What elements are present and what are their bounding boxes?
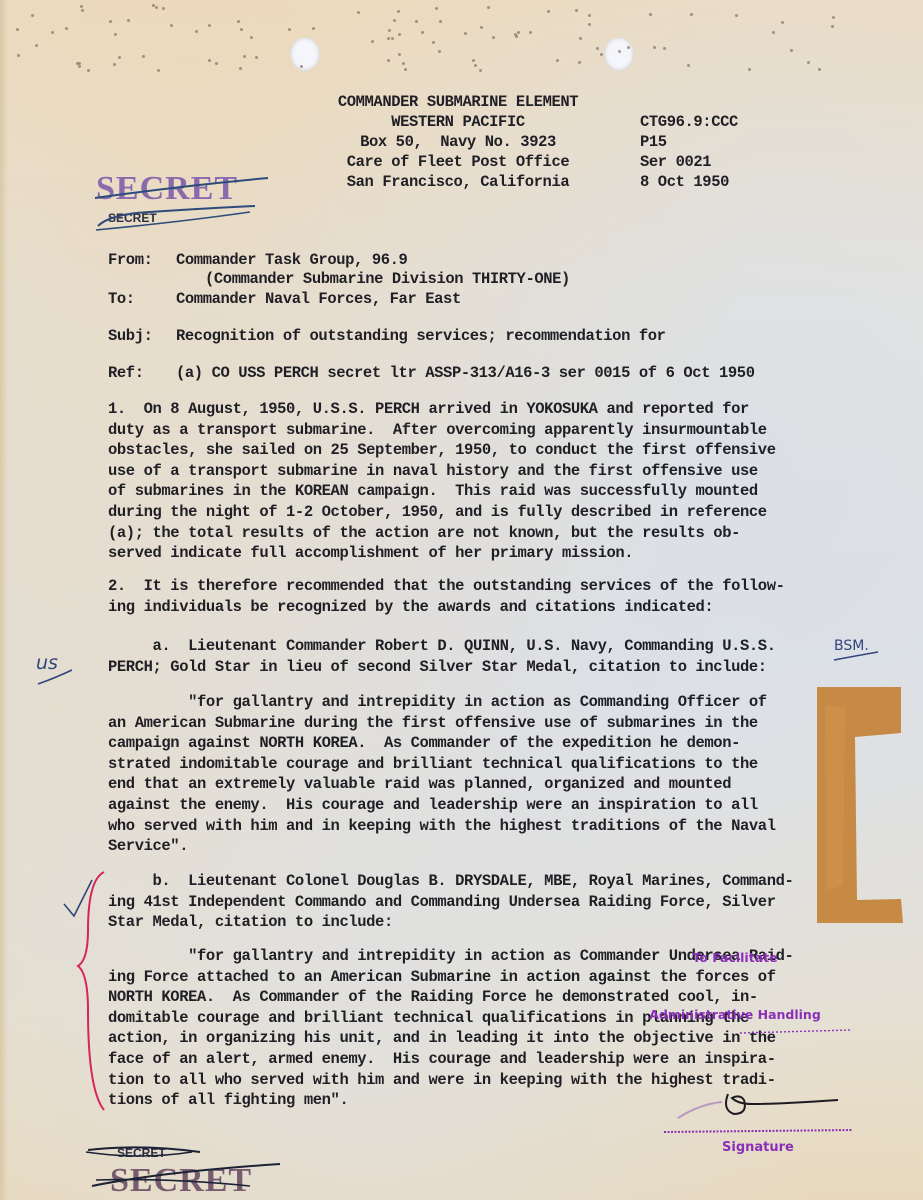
pinhole-dot: [391, 37, 394, 40]
pinhole-dot: [109, 20, 112, 23]
pinhole-dot: [687, 64, 690, 67]
pinhole-dot: [208, 24, 211, 27]
pinhole-dot: [142, 55, 145, 58]
recommendation-a: a. Lieutenant Commander Robert D. QUINN,…: [108, 636, 776, 677]
pinhole-dot: [588, 14, 591, 17]
pinhole-dot: [690, 13, 693, 16]
pinhole-dot: [288, 28, 291, 31]
letterhead-line: Box 50, Navy No. 3923: [318, 132, 598, 152]
pinhole-dot: [464, 32, 467, 35]
text-line: 2. It is therefore recommended that the …: [108, 576, 785, 597]
pinhole-dot: [312, 27, 315, 30]
admin-stamp-line: To Facilitate: [640, 948, 830, 967]
classification-stamp-bottom-small: SECRET: [117, 1146, 166, 1160]
letterhead-line: WESTERN PACIFIC: [318, 112, 598, 132]
pinhole-dot: [596, 47, 599, 50]
pinhole-dot: [357, 11, 360, 14]
text-line: 1. On 8 August, 1950, U.S.S. PERCH arriv…: [108, 399, 776, 420]
pinhole-dot: [87, 69, 90, 72]
tape-stain: [815, 685, 905, 925]
text-line: who served with him and in keeping with …: [108, 816, 776, 837]
pinhole-dot: [65, 27, 68, 30]
pinhole-dot: [215, 62, 218, 65]
pinhole-dot: [78, 65, 81, 68]
text-line: obstacles, she sailed on 25 September, 1…: [108, 440, 776, 461]
pinhole-dot: [435, 7, 438, 10]
from-value-secondary: (Commander Submarine Division THIRTY-ONE…: [205, 269, 570, 289]
file-ref: 8 Oct 1950: [640, 172, 738, 192]
punch-hole-left: [290, 37, 320, 71]
text-line: served indicate full accomplishment of h…: [108, 543, 776, 564]
pinhole-dot: [748, 68, 751, 71]
pinhole-dot: [438, 50, 441, 53]
text-line: Service".: [108, 836, 776, 857]
pinhole-dot: [127, 19, 130, 22]
text-line: tions of all fighting men".: [108, 1090, 793, 1111]
admin-stamp-line: Administrative Handling: [640, 1005, 830, 1024]
admin-stamp: To Facilitate Administrative Handling: [640, 910, 830, 1062]
pinhole-dot: [388, 29, 391, 32]
pinhole-dot: [371, 40, 374, 43]
pinhole-dot: [162, 7, 165, 10]
to-value: Commander Naval Forces, Far East: [176, 289, 461, 309]
pinhole-dot: [415, 20, 418, 23]
pinhole-dot: [649, 13, 652, 16]
punch-hole-right: [604, 37, 634, 71]
text-line: ing individuals be recognized by the awa…: [108, 597, 785, 618]
text-line: use of a transport submarine in naval hi…: [108, 461, 776, 482]
pinhole-dot: [118, 56, 121, 59]
citation-a: "for gallantry and intrepidity in action…: [108, 692, 776, 857]
pinhole-dot: [547, 10, 550, 13]
pinhole-dot: [529, 31, 532, 34]
pinhole-dot: [735, 14, 738, 17]
pinhole-dot: [421, 31, 424, 34]
subject-label: Subj:: [108, 326, 153, 346]
paragraph-1: 1. On 8 August, 1950, U.S.S. PERCH arriv…: [108, 399, 776, 564]
margin-note-left: us: [36, 652, 58, 674]
pinhole-dot: [832, 16, 835, 19]
reference-value: (a) CO USS PERCH secret ltr ASSP-313/A16…: [176, 363, 755, 383]
pinhole-dot: [807, 61, 810, 64]
pinhole-dot: [237, 20, 240, 23]
letterhead-line: COMMANDER SUBMARINE ELEMENT: [318, 92, 598, 112]
pinhole-dot: [255, 56, 258, 59]
pinhole-dot: [781, 21, 784, 24]
pinhole-dot: [439, 20, 442, 23]
from-value: Commander Task Group, 96.9: [176, 250, 407, 270]
pinhole-dot: [517, 31, 520, 34]
pinhole-dot: [387, 37, 390, 40]
pinhole-dot: [239, 67, 242, 70]
text-line: b. Lieutenant Colonel Douglas B. DRYSDAL…: [108, 871, 793, 892]
pinhole-dot: [398, 33, 401, 36]
text-line: duty as a transport submarine. After ove…: [108, 420, 776, 441]
text-line: PERCH; Gold Star in lieu of second Silve…: [108, 657, 776, 678]
pinhole-dot: [831, 25, 834, 28]
pinhole-dot: [16, 28, 19, 31]
check-icon: [64, 880, 92, 916]
pinhole-dot: [432, 41, 435, 44]
pinhole-dot: [579, 37, 582, 40]
letterhead-line: Care of Fleet Post Office: [318, 152, 598, 172]
pinhole-dot: [472, 59, 475, 62]
pinhole-dot: [578, 61, 581, 64]
pinhole-dot: [790, 49, 793, 52]
pinhole-dot: [155, 6, 158, 9]
red-brace: [78, 872, 104, 1110]
text-line: (a); the total results of the action are…: [108, 523, 776, 544]
text-line: tion to all who served with him and were…: [108, 1070, 793, 1091]
pinhole-dot: [772, 31, 775, 34]
pinhole-dot: [402, 62, 405, 65]
pinhole-dot: [404, 68, 407, 71]
text-line: against the enemy. His courage and leade…: [108, 795, 776, 816]
document-page: COMMANDER SUBMARINE ELEMENT WESTERN PACI…: [0, 0, 923, 1200]
from-label: From:: [108, 250, 153, 270]
pinhole-dot: [17, 54, 20, 57]
file-ref: CTG96.9:CCC: [640, 112, 738, 132]
pinhole-dot: [243, 55, 246, 58]
text-line: of submarines in the KOREAN campaign. Th…: [108, 481, 776, 502]
reference-label: Ref:: [108, 363, 144, 383]
paper-edge: [0, 0, 8, 1200]
text-line: "for gallantry and intrepidity in action…: [108, 692, 776, 713]
subject-value: Recognition of outstanding services; rec…: [176, 326, 666, 346]
pinhole-dot: [393, 19, 396, 22]
pinhole-dot: [387, 59, 390, 62]
letterhead: COMMANDER SUBMARINE ELEMENT WESTERN PACI…: [318, 92, 598, 192]
pinhole-dot: [250, 36, 253, 39]
text-line: campaign against NORTH KOREA. As Command…: [108, 733, 776, 754]
pinhole-dot: [474, 64, 477, 67]
pinhole-dot: [556, 59, 559, 62]
pinhole-dot: [152, 4, 155, 7]
pinhole-dot: [35, 44, 38, 47]
pinhole-dot: [398, 53, 401, 56]
pinhole-dot: [600, 53, 603, 56]
file-references: CTG96.9:CCC P15 Ser 0021 8 Oct 1950: [640, 112, 738, 192]
pinhole-dot: [240, 28, 243, 31]
paragraph-2: 2. It is therefore recommended that the …: [108, 576, 785, 617]
pinhole-dot: [208, 59, 211, 62]
pinhole-dot: [170, 24, 173, 27]
pinhole-dot: [575, 9, 578, 12]
pinhole-dot: [515, 35, 518, 38]
classification-stamp-top-small: SECRET: [108, 211, 157, 225]
pinhole-dot: [195, 30, 198, 33]
classification-stamp-top: SECRET: [96, 170, 238, 208]
file-ref: Ser 0021: [640, 152, 738, 172]
margin-note-right: BSM.: [834, 638, 869, 654]
text-line: an American Submarine during the first o…: [108, 713, 776, 734]
pinhole-dot: [81, 9, 84, 12]
pinhole-dot: [480, 26, 483, 29]
text-line: during the night of 1-2 October, 1950, a…: [108, 502, 776, 523]
pinhole-dot: [479, 69, 482, 72]
pinhole-dot: [51, 31, 54, 34]
file-ref: P15: [640, 132, 738, 152]
pinhole-dot: [663, 47, 666, 50]
pinhole-dot: [113, 63, 116, 66]
text-line: end that an extremely valuable raid was …: [108, 774, 776, 795]
pinhole-dot: [487, 6, 490, 9]
pinhole-dot: [31, 14, 34, 17]
pinhole-dot: [114, 33, 117, 36]
letterhead-line: San Francisco, California: [318, 172, 598, 192]
pinhole-dot: [818, 68, 821, 71]
pinhole-dot: [397, 10, 400, 13]
pinhole-dot: [627, 46, 630, 49]
pinhole-dot: [588, 23, 591, 26]
to-label: To:: [108, 289, 135, 309]
signature-label: Signature: [722, 1140, 794, 1155]
pinhole-dot: [157, 69, 160, 72]
text-line: strated indomitable courage and brillian…: [108, 754, 776, 775]
text-line: a. Lieutenant Commander Robert D. QUINN,…: [108, 636, 776, 657]
classification-stamp-bottom: SECRET: [110, 1162, 252, 1200]
pinhole-dot: [653, 46, 656, 49]
pinhole-dot: [492, 36, 495, 39]
pinhole-dot: [80, 5, 83, 8]
